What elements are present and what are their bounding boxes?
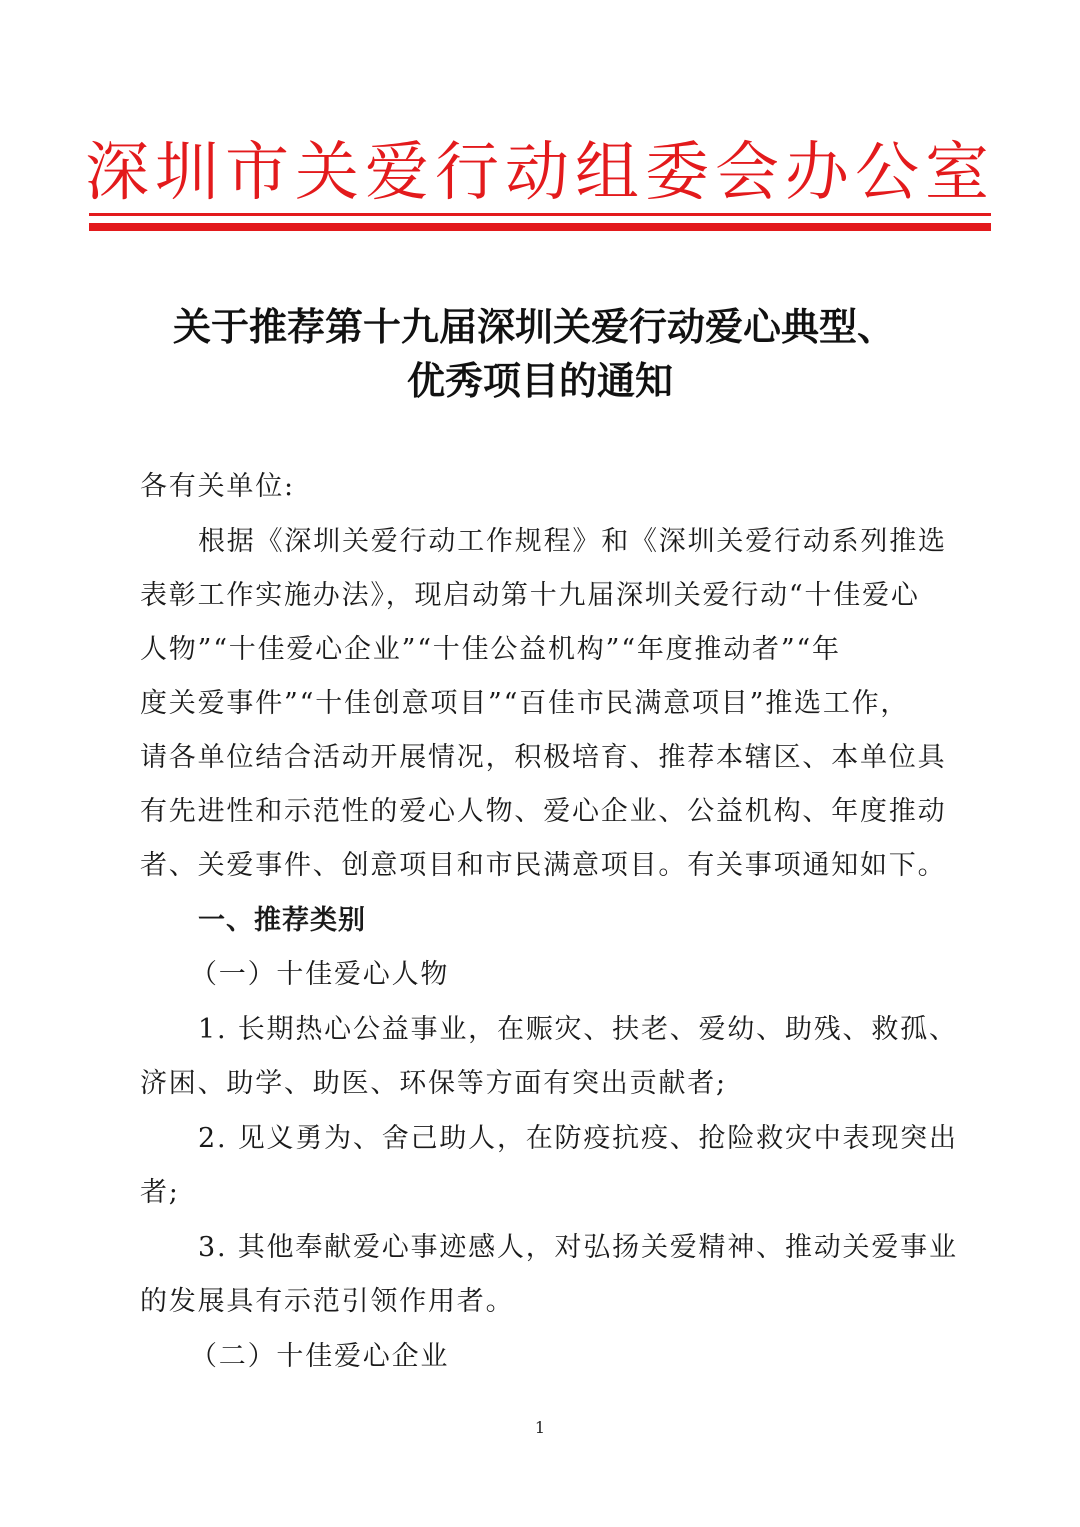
section-heading-recommendation-categories: 一、推荐类别	[198, 901, 940, 941]
paragraph-1-line: 请各单位结合活动开展情况，积极培育、推荐本辖区、本单位具	[140, 738, 940, 778]
document-page: 深圳市关爱行动组委会办公室 关于推荐第十九届深圳关爱行动爱心典型、 优秀项目的通…	[0, 0, 1080, 1527]
paragraph-1-line: 度关爱事件”“十佳创意项目”“百佳市民满意项目”推选工作，	[140, 684, 940, 724]
paragraph-1-line: 根据《深圳关爱行动工作规程》和《深圳关爱行动系列推选	[198, 522, 940, 562]
item-1-line: 1. 长期热心公益事业，在赈灾、扶老、爱幼、助残、救孤、	[198, 1010, 940, 1050]
item-3-line: 的发展具有示范引领作用者。	[140, 1282, 940, 1322]
subsection-heading-top-ten-caring-people: （一）十佳爱心人物	[190, 955, 990, 995]
salutation: 各有关单位:	[140, 467, 940, 507]
paragraph-1-line: 表彰工作实施办法》，现启动第十九届深圳关爱行动“十佳爱心	[140, 576, 940, 616]
document-title-line-2: 优秀项目的通知	[0, 356, 1080, 406]
item-2-line: 者;	[140, 1173, 940, 1213]
paragraph-1-line: 人物”“十佳爱心企业”“十佳公益机构”“年度推动者”“年	[140, 630, 940, 670]
item-3-line: 3. 其他奉献爱心事迹感人，对弘扬关爱精神、推动关爱事业	[198, 1228, 940, 1268]
letterhead-thin-rule	[89, 213, 991, 216]
paragraph-1-line: 者、关爱事件、创意项目和市民满意项目。有关事项通知如下。	[140, 846, 940, 886]
item-1-line: 济困、助学、助医、环保等方面有突出贡献者;	[140, 1064, 940, 1104]
item-2-line: 2. 见义勇为、舍己助人，在防疫抗疫、抢险救灾中表现突出	[198, 1119, 940, 1159]
document-title-line-1: 关于推荐第十九届深圳关爱行动爱心典型、	[0, 302, 1074, 352]
subsection-heading-top-ten-caring-enterprises: （二）十佳爱心企业	[190, 1337, 990, 1377]
paragraph-1-line: 有先进性和示范性的爱心人物、爱心企业、公益机构、年度推动	[140, 792, 940, 832]
letterhead-thick-rule	[89, 223, 991, 231]
page-number: 1	[0, 1418, 1080, 1437]
letterhead-issuer: 深圳市关爱行动组委会办公室	[0, 128, 1080, 218]
